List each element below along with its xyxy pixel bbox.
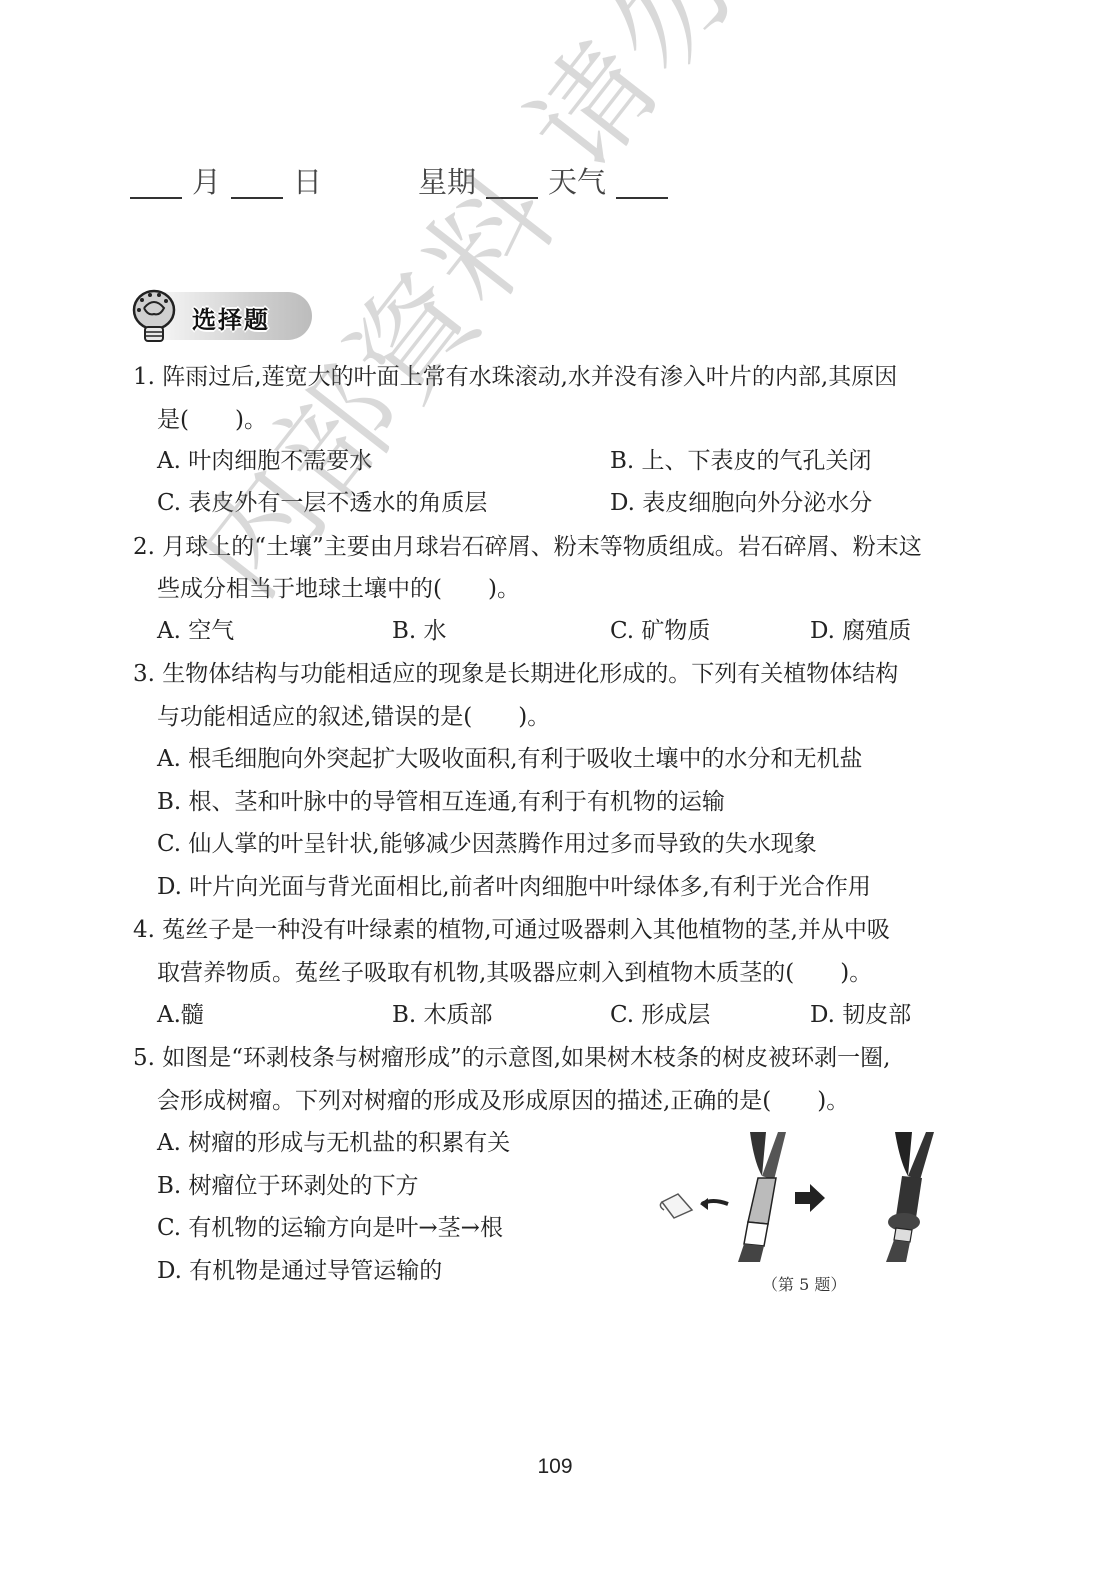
question-4-option-c: C. 形成层 xyxy=(610,1000,710,1030)
question-2-option-b: B. 水 xyxy=(392,616,447,646)
question-1-line-2: 是( )。 xyxy=(157,405,267,435)
question-1-option-d: D. 表皮细胞向外分泌水分 xyxy=(610,488,872,518)
question-3-option-c: C. 仙人掌的叶呈针状,能够减少因蒸腾作用过多而导致的失水现象 xyxy=(157,829,817,859)
bark-strip-icon xyxy=(660,1194,692,1218)
question-3-option-a: A. 根毛细胞向外突起扩大吸收面积,有利于吸收土壤中的水分和无机盐 xyxy=(157,744,863,774)
question-4-line-1: 4. 菟丝子是一种没有叶绿素的植物,可通过吸器刺入其他植物的茎,并从中吸 xyxy=(133,915,890,945)
figure-caption: （第 5 题） xyxy=(762,1272,846,1295)
weekday-blank xyxy=(486,169,538,199)
question-3-line-1: 3. 生物体结构与功能相适应的现象是长期进化形成的。下列有关植物体结构 xyxy=(133,659,898,689)
question-5-option-c: C. 有机物的运输方向是叶→茎→根 xyxy=(157,1213,503,1243)
month-label: 月 xyxy=(192,165,221,199)
question-2-option-a: A. 空气 xyxy=(157,616,234,646)
day-blank xyxy=(231,169,283,199)
question-5-line-1: 5. 如图是“环剥枝条与树瘤形成”的示意图,如果树木枝条的树皮被环剥一圈, xyxy=(133,1043,890,1073)
question-2-line-1: 2. 月球上的“土壤”主要由月球岩石碎屑、粉末等物质组成。岩石碎屑、粉末这 xyxy=(133,532,922,562)
question-4-option-a: A.髓 xyxy=(157,1000,204,1030)
weekday-label: 星期 xyxy=(418,165,476,199)
question-4-option-b: B. 木质部 xyxy=(392,1000,493,1030)
question-1-line-1: 1. 阵雨过后,莲宽大的叶面上常有水珠滚动,水并没有渗入叶片的内部,其原因 xyxy=(133,362,897,392)
question-5-option-d: D. 有机物是通过导管运输的 xyxy=(157,1256,442,1286)
section-title: 选择题 xyxy=(192,300,270,335)
day-label: 日 xyxy=(293,165,322,199)
question-3-option-d: D. 叶片向光面与背光面相比,前者叶肉细胞中叶绿体多,有利于光合作用 xyxy=(157,872,871,902)
question-3-line-2: 与功能相适应的叙述,错误的是( )。 xyxy=(157,702,550,732)
question-3-option-b: B. 根、茎和叶脉中的导管相互连通,有利于有机物的运输 xyxy=(157,787,725,817)
question-5-option-b: B. 树瘤位于环剥处的下方 xyxy=(157,1171,419,1201)
page-number: 109 xyxy=(0,1455,1110,1479)
question-4-line-2: 取营养物质。菟丝子吸取有机物,其吸器应刺入到植物木质茎的( )。 xyxy=(157,958,872,988)
question-2-option-c: C. 矿物质 xyxy=(610,616,710,646)
question-1-option-c: C. 表皮外有一层不透水的角质层 xyxy=(157,488,487,518)
lightbulb-icon xyxy=(130,288,182,348)
question-2-option-d: D. 腐殖质 xyxy=(810,616,911,646)
date-header: 月 日 星期 天气 xyxy=(130,165,678,199)
weather-label: 天气 xyxy=(548,165,606,199)
question-1-option-b: B. 上、下表皮的气孔关闭 xyxy=(610,446,872,476)
question-1-option-a: A. 叶肉细胞不需要水 xyxy=(157,446,372,476)
month-blank xyxy=(130,169,182,199)
section-badge: 选择题 xyxy=(130,290,312,342)
weather-blank xyxy=(616,169,668,199)
question-5-line-2: 会形成树瘤。下列对树瘤的形成及形成原因的描述,正确的是( )。 xyxy=(157,1086,849,1116)
girdling-diagram xyxy=(650,1132,950,1262)
question-2-line-2: 些成分相当于地球土壤中的( )。 xyxy=(157,574,520,604)
question-4-option-d: D. 韧皮部 xyxy=(810,1000,911,1030)
question-5-option-a: A. 树瘤的形成与无机盐的积累有关 xyxy=(157,1128,510,1158)
